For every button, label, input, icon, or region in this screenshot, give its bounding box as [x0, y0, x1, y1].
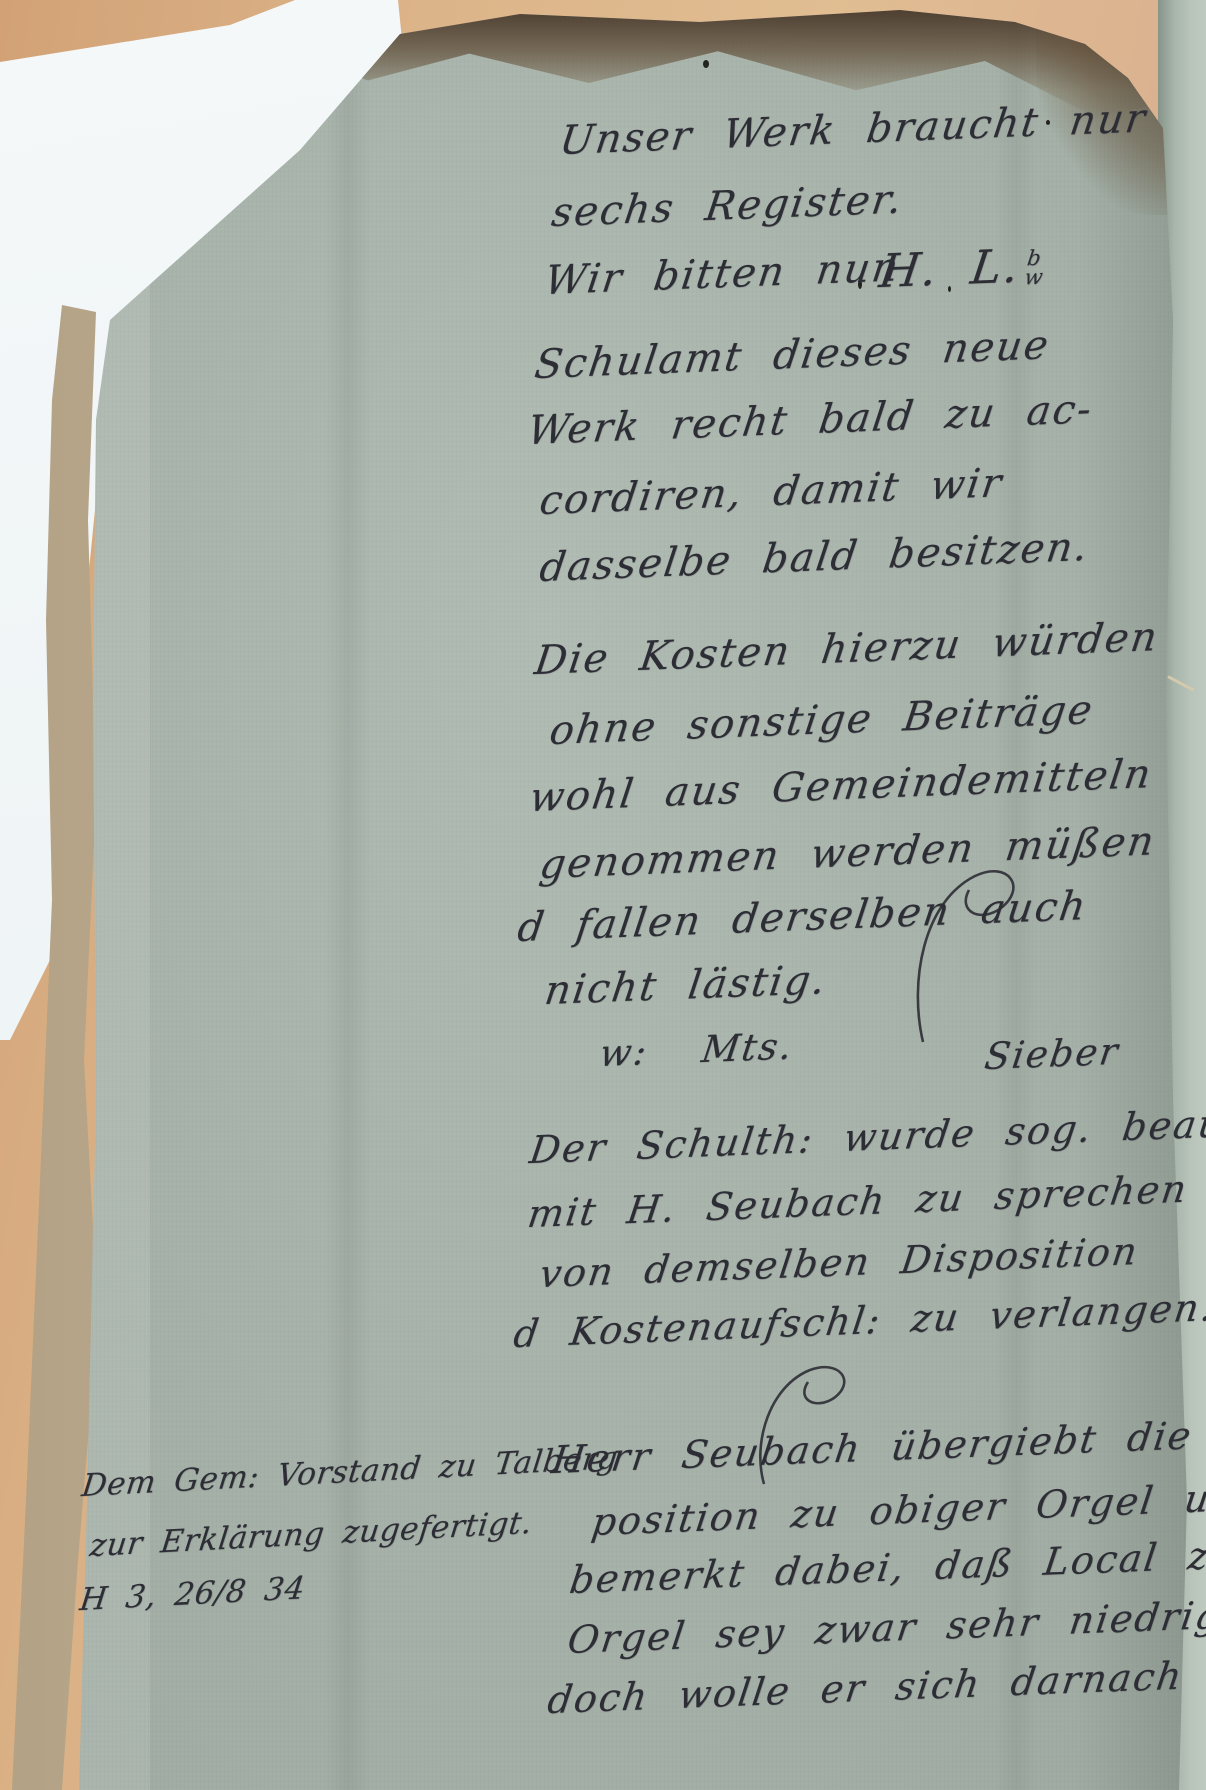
signature: Sieber: [982, 1030, 1122, 1078]
ink-speck: [703, 60, 709, 68]
marginal-abbreviation: H. L.bw: [876, 237, 1050, 298]
marginal-abbreviation-sub: w: [1023, 267, 1046, 287]
signature-flourish-icon: [905, 862, 1035, 1047]
manuscript-photo: Unser Werk braucht nur sechs Register. W…: [0, 0, 1206, 1790]
marginal-abbreviation-main: H. L.: [876, 238, 1024, 298]
closing-abbreviation-2: Mts.: [699, 1024, 796, 1071]
closing-abbreviation: w:: [597, 1030, 651, 1075]
